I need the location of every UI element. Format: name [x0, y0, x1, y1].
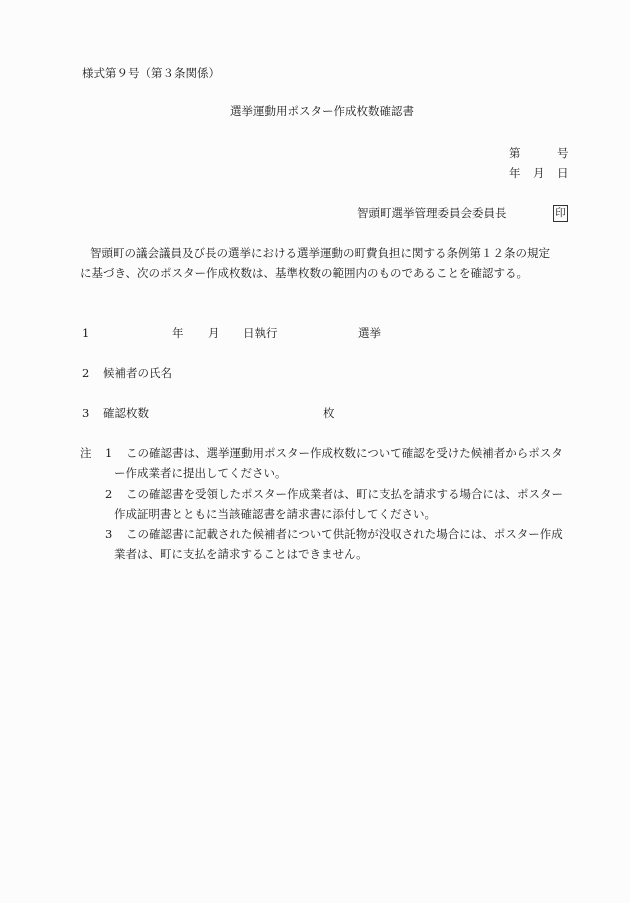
item-2-candidate-name-label: 候補者の氏名	[103, 368, 172, 380]
item-3-number: 3	[82, 408, 89, 420]
seal-stamp-icon: 印	[553, 205, 568, 222]
reference-number-suffix: 号	[557, 148, 569, 160]
document-title: 選挙運動用ポスター作成枚数確認書	[230, 106, 414, 118]
date-month-label: 月	[533, 168, 545, 180]
item-3-unit-label: 枚	[323, 408, 335, 420]
note-2-line-1: この確認書を受領したポスター作成業者は、町に支払を請求する場合には、ポスター	[126, 489, 563, 501]
date-day-label: 日	[557, 168, 569, 180]
issuer-name: 智頭町選挙管理委員会委員長	[357, 208, 507, 220]
note-3-line-2: 業者は、町に支払を請求することはできません。	[114, 549, 368, 561]
note-2-number: 2	[105, 489, 112, 501]
notes-heading: 注	[80, 448, 92, 460]
item-1-election-label: 選挙	[358, 328, 381, 340]
note-1-line-1: この確認書は、選挙運動用ポスター作成枚数について確認を受けた候補者からポスタ	[126, 448, 563, 460]
item-3-confirmed-count-label: 確認枚数	[103, 408, 149, 420]
item-1-day-label: 日執行	[243, 328, 278, 340]
body-text-line-1: 智頭町の議会議員及び長の選挙における選挙運動の町費負担に関する条例第１２条の規定	[90, 248, 550, 260]
body-text-line-2: に基づき、次のポスター作成枚数は、基準枚数の範囲内のものであることを確認する。	[80, 268, 528, 280]
note-1-number: 1	[105, 448, 112, 460]
form-label: 様式第９号（第３条関係）	[82, 68, 220, 80]
note-3-line-1: この確認書に記載された候補者について供託物が没収された場合には、ポスター作成	[126, 529, 563, 541]
note-1-line-2: ー作成業者に提出してください。	[114, 468, 287, 480]
note-3-number: 3	[105, 529, 112, 541]
item-1-year-label: 年	[172, 328, 184, 340]
note-2-line-2: 作成証明書とともに当該確認書を請求書に添付してください。	[114, 509, 436, 521]
item-2-number: 2	[82, 368, 89, 380]
date-year-label: 年	[509, 168, 521, 180]
item-1-number: 1	[82, 328, 89, 340]
item-1-month-label: 月	[208, 328, 220, 340]
reference-number-prefix: 第	[509, 148, 521, 160]
